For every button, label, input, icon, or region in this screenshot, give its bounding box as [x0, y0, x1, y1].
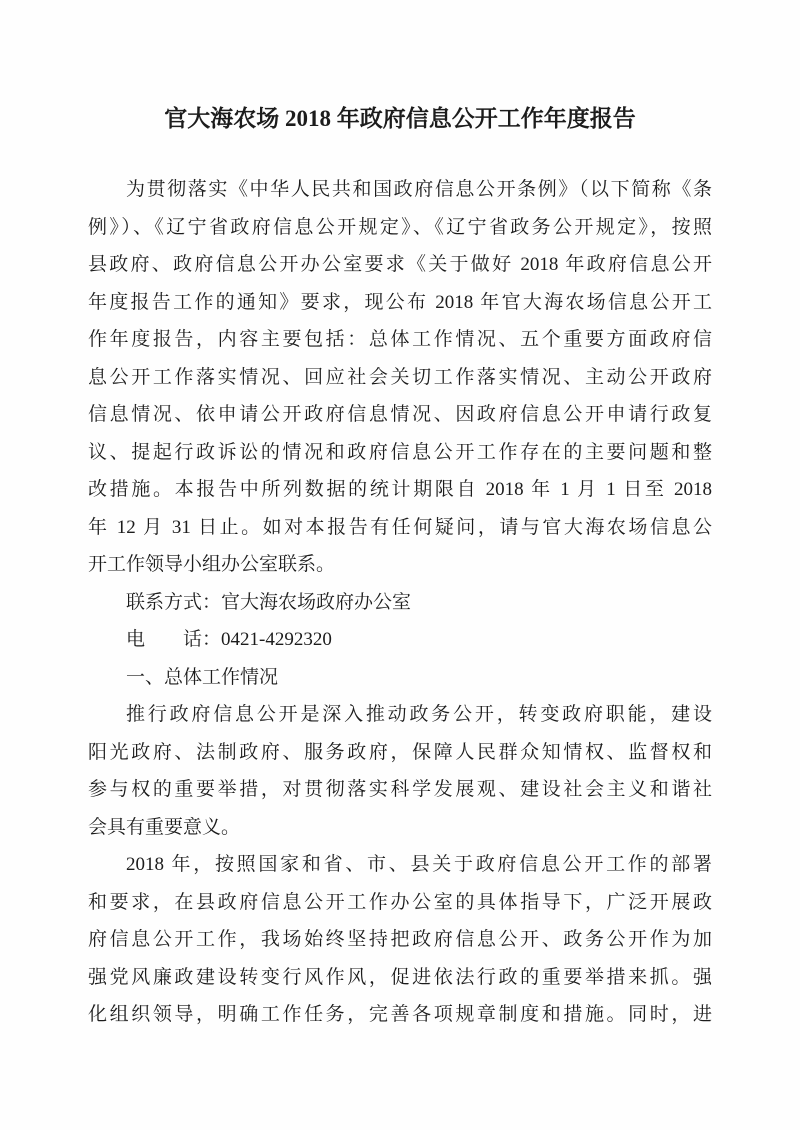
body-line: 推行政府信息公开是深入推动政务公开，转变政府职能，建设: [88, 696, 712, 734]
body-line: 府信息公开工作，我场始终坚持把政府信息公开、政务公开作为加: [88, 921, 712, 959]
body-line: 改措施。本报告中所列数据的统计期限自 2018 年 1 月 1 日至 2018: [88, 471, 712, 509]
body-line: 议、提起行政诉讼的情况和政府信息公开工作存在的主要问题和整: [88, 434, 712, 472]
body-line: 县政府、政府信息公开办公室要求《关于做好 2018 年政府信息公开: [88, 246, 712, 284]
body-line: 参与权的重要举措，对贯彻落实科学发展观、建设社会主义和谐社: [88, 771, 712, 809]
body-line: 阳光政府、法制政府、服务政府，保障人民群众知情权、监督权和: [88, 734, 712, 772]
body-line: 电 话：0421-4292320: [88, 621, 712, 659]
body-line: 开工作领导小组办公室联系。: [88, 546, 712, 584]
document-page: 官大海农场 2018 年政府信息公开工作年度报告 为贯彻落实《中华人民共和国政府…: [0, 0, 800, 1130]
body-line: 作年度报告，内容主要包括：总体工作情况、五个重要方面政府信: [88, 321, 712, 359]
body-line: 年 12 月 31 日止。如对本报告有任何疑问，请与官大海农场信息公: [88, 509, 712, 547]
body-line: 2018 年，按照国家和省、市、县关于政府信息公开工作的部署: [88, 846, 712, 884]
document-title: 官大海农场 2018 年政府信息公开工作年度报告: [88, 100, 712, 138]
body-line: 息公开工作落实情况、回应社会关切工作落实情况、主动公开政府: [88, 359, 712, 397]
body-line: 和要求，在县政府信息公开工作办公室的具体指导下，广泛开展政: [88, 884, 712, 922]
body-line: 信息情况、依申请公开政府信息情况、因政府信息公开申请行政复: [88, 396, 712, 434]
body-line: 年度报告工作的通知》要求，现公布 2018 年官大海农场信息公开工: [88, 284, 712, 322]
body-line: 一、总体工作情况: [88, 659, 712, 697]
body-line: 例》）、《辽宁省政府信息公开规定》、《辽宁省政务公开规定》，按照: [88, 209, 712, 247]
body-line: 强党风廉政建设转变行风作风，促进依法行政的重要举措来抓。强: [88, 959, 712, 997]
body-line: 为贯彻落实《中华人民共和国政府信息公开条例》（以下简称《条: [88, 171, 712, 209]
body-line: 会具有重要意义。: [88, 809, 712, 847]
body-line: 联系方式：官大海农场政府办公室: [88, 584, 712, 622]
body-line: 化组织领导，明确工作任务，完善各项规章制度和措施。同时，进: [88, 996, 712, 1034]
document-body: 为贯彻落实《中华人民共和国政府信息公开条例》（以下简称《条例》）、《辽宁省政府信…: [88, 171, 712, 1034]
